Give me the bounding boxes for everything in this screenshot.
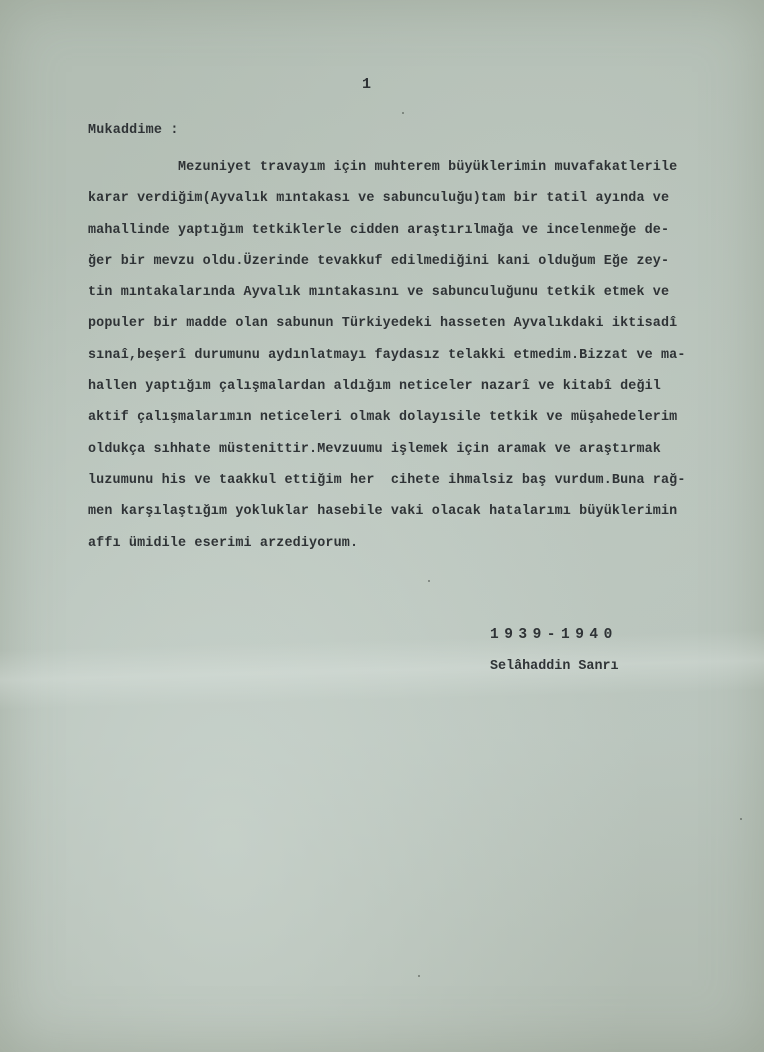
paragraph-line: affı ümidile eserimi arzediyorum.: [88, 528, 758, 559]
paragraph-line: sınaî,beşerî durumunu aydınlatmayı fayda…: [88, 340, 758, 371]
paragraph-line: Mezuniyet travayım için muhterem büyükle…: [88, 152, 758, 183]
paragraph-line: luzumunu his ve taakkul ettiğim her cihe…: [88, 465, 758, 496]
paragraph-line: men karşılaştığım yokluklar hasebile vak…: [88, 496, 758, 527]
document-page: 1 Mukaddime : Mezuniyet travayım için mu…: [0, 0, 764, 1052]
paragraph-line: oldukça sıhhate müstenittir.Mevzuumu işl…: [88, 434, 758, 465]
paragraph-line: mahallinde yaptığım tetkiklerle cidden a…: [88, 215, 758, 246]
paper-fold-shading: [0, 630, 764, 710]
paper-speck: [402, 112, 404, 114]
introduction-paragraph: Mezuniyet travayım için muhterem büyükle…: [88, 152, 758, 559]
page-number: 1: [362, 76, 371, 93]
section-heading: Mukaddime :: [88, 123, 179, 138]
author-name: Selâhaddin Sanrı: [490, 651, 619, 683]
paragraph-line: populer bir madde olan sabunun Türkiyede…: [88, 308, 758, 339]
paragraph-line: ğer bir mevzu oldu.Üzerinde tevakkuf edi…: [88, 246, 758, 277]
signature-years: 1939-1940: [490, 619, 619, 651]
paper-speck: [418, 975, 420, 977]
signature-block: 1939-1940 Selâhaddin Sanrı: [490, 619, 619, 683]
paper-speck: [740, 818, 742, 820]
paragraph-line: hallen yaptığım çalışmalardan aldığım ne…: [88, 371, 758, 402]
paragraph-line: tin mıntakalarında Ayvalık mıntakasını v…: [88, 277, 758, 308]
paragraph-line: aktif çalışmalarımın neticeleri olmak do…: [88, 402, 758, 433]
paragraph-line: karar verdiğim(Ayvalık mıntakası ve sabu…: [88, 183, 758, 214]
paper-speck: [428, 580, 430, 582]
